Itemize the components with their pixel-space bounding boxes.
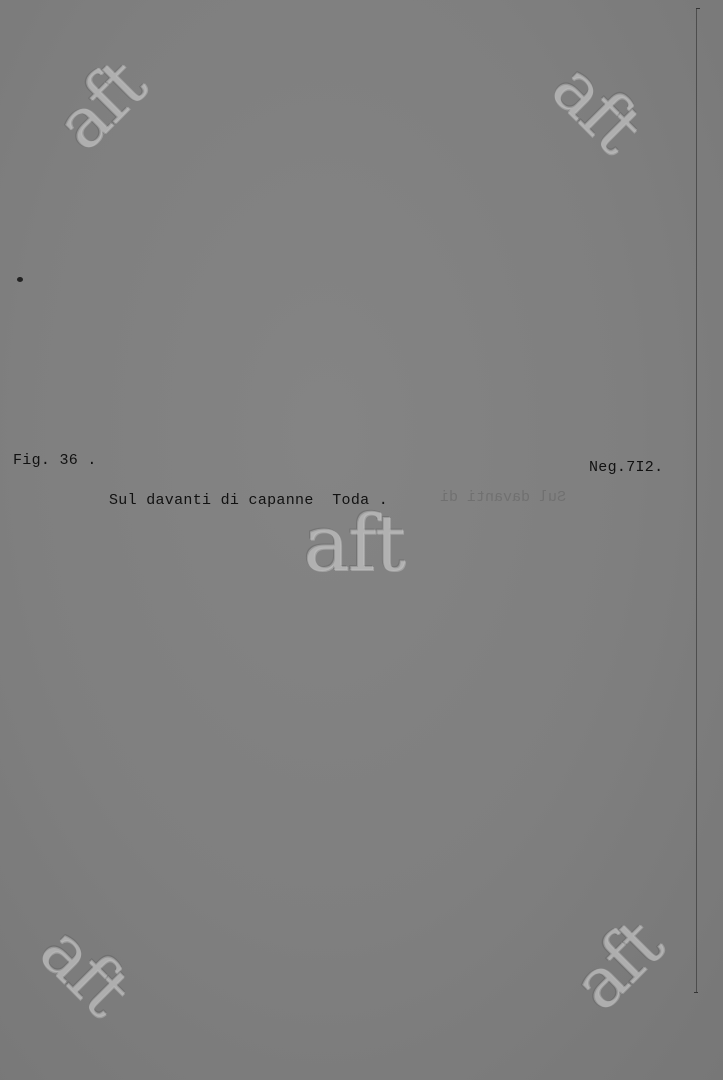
margin-rule-top-tick [696, 8, 700, 9]
watermark-top-left: aft [43, 49, 156, 162]
figure-label: Fig. 36 . [13, 452, 97, 469]
watermark-center: aft [303, 505, 404, 583]
document-page: aft aft aft aft aft Fig. 36 . Neg.7I2. S… [0, 0, 723, 1080]
figure-caption: Sul davanti di capanne Toda . [109, 492, 388, 509]
bleed-through-text: Sul davanti di [440, 489, 566, 506]
margin-rule [696, 8, 697, 993]
watermark-bottom-right: aft [560, 909, 673, 1022]
watermark-top-right: aft [540, 51, 653, 164]
ink-speck [17, 277, 23, 282]
margin-rule-bottom-tick [694, 992, 698, 993]
watermark-bottom-left: aft [28, 914, 141, 1027]
negative-number: Neg.7I2. [589, 459, 663, 476]
